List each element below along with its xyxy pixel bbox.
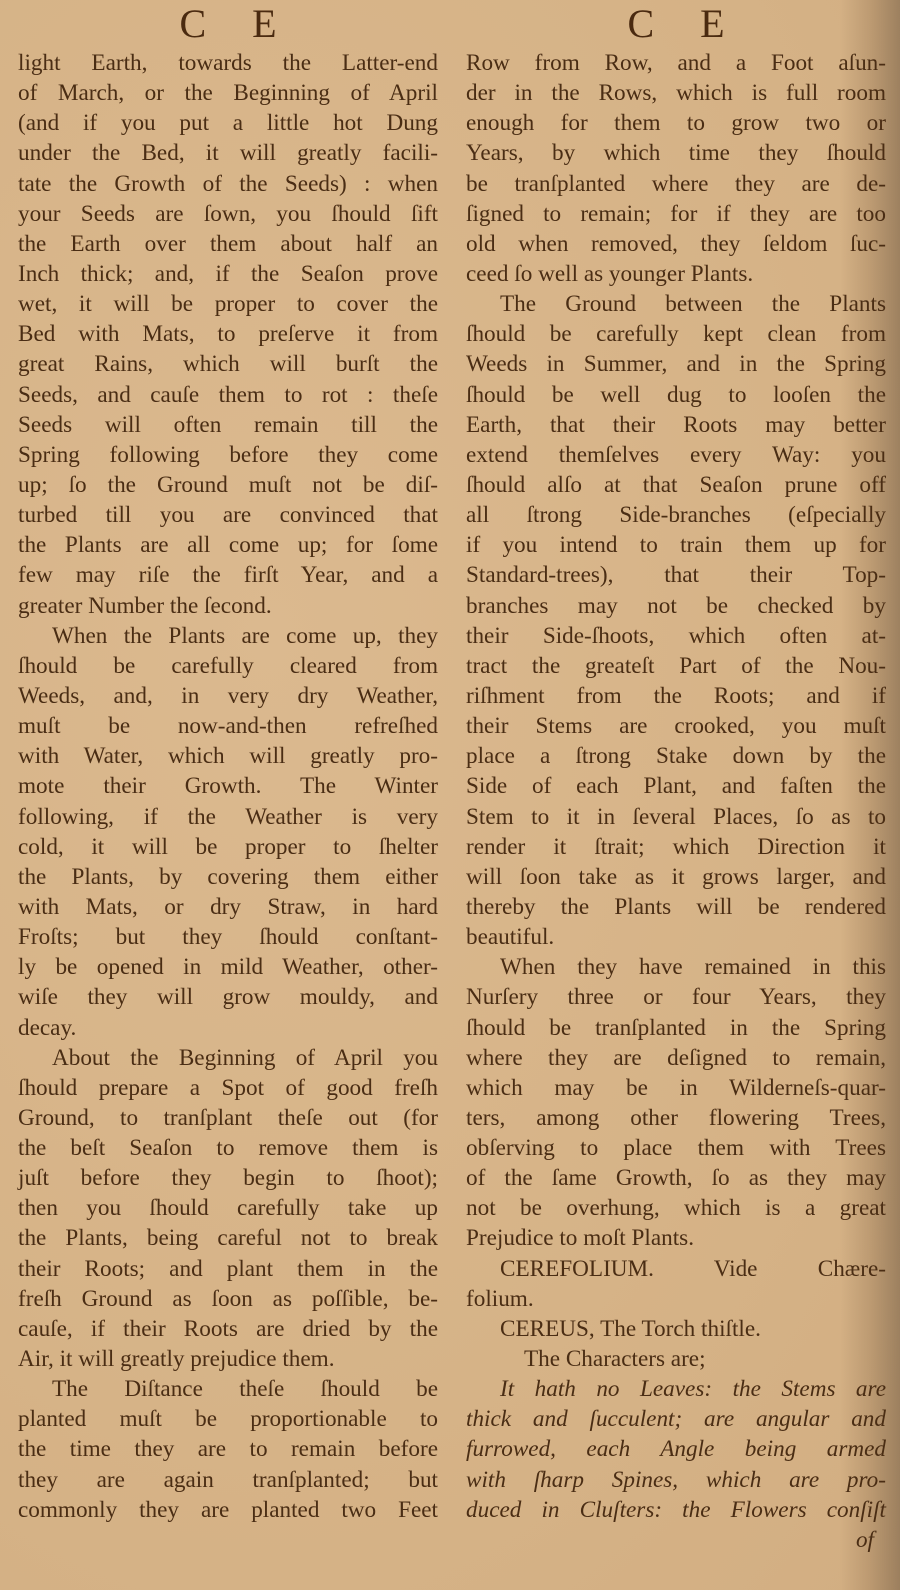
paragraph-start-line: When the Plants are come up, they bbox=[18, 621, 438, 651]
text-line: where they are deſigned to remain, bbox=[466, 1043, 886, 1073]
text-line: Weeds in Summer, and in the Spring bbox=[466, 349, 886, 379]
text-line: the Earth over them about half an bbox=[18, 229, 438, 259]
text-line: the Plants are all come up; for ſome bbox=[18, 530, 438, 560]
text-line: Froſts; but they ſhould conſtant- bbox=[18, 922, 438, 952]
text-line: branches may not be checked by bbox=[466, 591, 886, 621]
text-line: place a ſtrong Stake down by the bbox=[466, 741, 886, 771]
text-line: their Side-ſhoots, which often at- bbox=[466, 621, 886, 651]
text-line: obſerving to place them with Trees bbox=[466, 1133, 886, 1163]
text-line: of March, or the Beginning of April bbox=[18, 78, 438, 108]
text-line: be tranſplanted where they are de- bbox=[466, 169, 886, 199]
text-line: decay. bbox=[18, 1013, 438, 1043]
text-line: wiſe they will grow mouldy, and bbox=[18, 982, 438, 1012]
text-line: ſhould be carefully cleared from bbox=[18, 651, 438, 681]
text-line: enough for them to grow two or bbox=[466, 108, 886, 138]
text-line: up; ſo the Ground muſt not be diſ- bbox=[18, 470, 438, 500]
text-line: the time they are to remain before bbox=[18, 1434, 438, 1464]
text-line: freſh Ground as ſoon as poſſible, be- bbox=[18, 1284, 438, 1314]
entry-cereus: CEREUS, The Torch thiſtle. bbox=[466, 1314, 886, 1344]
text-line: the Plants, being careful not to break bbox=[18, 1223, 438, 1253]
text-line: Seeds will often remain till the bbox=[18, 410, 438, 440]
text-line: Air, it will greatly prejudice them. bbox=[18, 1344, 438, 1374]
text-line: ſigned to remain; for if they are too bbox=[466, 199, 886, 229]
text-line: Earth, that their Roots may better bbox=[466, 410, 886, 440]
text-line: der in the Rows, which is full room bbox=[466, 78, 886, 108]
text-line: Nurſery three or four Years, they bbox=[466, 982, 886, 1012]
text-line: Row from Row, and a Foot aſun- bbox=[466, 48, 886, 78]
book-page: C E light Earth, towards the Latter-end … bbox=[0, 0, 900, 1590]
text-line: Bed with Mats, to preſerve it from bbox=[18, 319, 438, 349]
text-line: planted muſt be proportionable to bbox=[18, 1404, 438, 1434]
text-line: the beſt Seaſon to remove them is bbox=[18, 1133, 438, 1163]
catchword: of bbox=[466, 1525, 886, 1555]
text-line: cauſe, if their Roots are dried by the bbox=[18, 1314, 438, 1344]
text-line: (and if you put a little hot Dung bbox=[18, 108, 438, 138]
text-line: Weeds, and, in very dry Weather, bbox=[18, 681, 438, 711]
text-line: beautiful. bbox=[466, 922, 886, 952]
italic-line: furrowed, each Angle being armed bbox=[466, 1434, 886, 1464]
text-line: Inch thick; and, if the Seaſon prove bbox=[18, 259, 438, 289]
text-line: with Water, which will greatly pro- bbox=[18, 741, 438, 771]
text-line: turbed till you are convinced that bbox=[18, 500, 438, 530]
text-line: if you intend to train them up for bbox=[466, 530, 886, 560]
text-line: juſt before they begin to ſhoot); bbox=[18, 1163, 438, 1193]
left-column: C E light Earth, towards the Latter-end … bbox=[18, 0, 438, 1525]
right-column: C E Row from Row, and a Foot aſun- der i… bbox=[466, 0, 886, 1555]
text-line: of the ſame Growth, ſo as they may bbox=[466, 1163, 886, 1193]
text-line: ters, among other flowering Trees, bbox=[466, 1103, 886, 1133]
text-line: Prejudice to moſt Plants. bbox=[466, 1223, 886, 1253]
italic-line: thick and ſucculent; are angular and bbox=[466, 1404, 886, 1434]
italic-line: It hath no Leaves: the Stems are bbox=[466, 1374, 886, 1404]
text-line: your Seeds are ſown, you ſhould ſift bbox=[18, 199, 438, 229]
text-line: Ground, to tranſplant theſe out (for bbox=[18, 1103, 438, 1133]
text-line: ſhould be well dug to looſen the bbox=[466, 380, 886, 410]
text-line: they are again tranſplanted; but bbox=[18, 1465, 438, 1495]
entry-cerefolium: CEREFOLIUM. Vide Chære- bbox=[466, 1254, 886, 1284]
text-line: not be overhung, which is a great bbox=[466, 1193, 886, 1223]
text-line: their Roots; and plant them in the bbox=[18, 1254, 438, 1284]
running-head-right: C E bbox=[466, 4, 886, 40]
text-line: Years, by which time they ſhould bbox=[466, 138, 886, 168]
text-line: greater Number the ſecond. bbox=[18, 591, 438, 621]
text-line: Standard-trees), that their Top- bbox=[466, 560, 886, 590]
running-head-left: C E bbox=[18, 4, 438, 40]
text-line: Side of each Plant, and faſten the bbox=[466, 771, 886, 801]
text-line: light Earth, towards the Latter-end bbox=[18, 48, 438, 78]
text-line: following, if the Weather is very bbox=[18, 802, 438, 832]
text-line: their Stems are crooked, you muſt bbox=[466, 711, 886, 741]
text-line: folium. bbox=[466, 1284, 886, 1314]
text-line: old when removed, they ſeldom ſuc- bbox=[466, 229, 886, 259]
text-line: all ſtrong Side-branches (eſpecially bbox=[466, 500, 886, 530]
text-line: render it ſtrait; which Direction it bbox=[466, 832, 886, 862]
text-line: wet, it will be proper to cover the bbox=[18, 289, 438, 319]
text-line: Seeds, and cauſe them to rot : theſe bbox=[18, 380, 438, 410]
paragraph-start-line: About the Beginning of April you bbox=[18, 1043, 438, 1073]
text-line: under the Bed, it will greatly facili- bbox=[18, 138, 438, 168]
paragraph-start-line: The Ground between the Plants bbox=[466, 289, 886, 319]
text-line: commonly they are planted two Feet bbox=[18, 1495, 438, 1525]
text-line: ly be opened in mild Weather, other- bbox=[18, 952, 438, 982]
text-line: then you ſhould carefully take up bbox=[18, 1193, 438, 1223]
text-line: great Rains, which will burſt the bbox=[18, 349, 438, 379]
text-line: mote their Growth. The Winter bbox=[18, 771, 438, 801]
paragraph-start-line: The Diſtance theſe ſhould be bbox=[18, 1374, 438, 1404]
paragraph-start-line: When they have remained in this bbox=[466, 952, 886, 982]
text-line: Spring following before they come bbox=[18, 440, 438, 470]
text-line: riſhment from the Roots; and if bbox=[466, 681, 886, 711]
text-line: extend themſelves every Way: you bbox=[466, 440, 886, 470]
text-line: ſhould be carefully kept clean from bbox=[466, 319, 886, 349]
text-line: thereby the Plants will be rendered bbox=[466, 892, 886, 922]
text-line: ſhould prepare a Spot of good freſh bbox=[18, 1073, 438, 1103]
text-line: ceed ſo well as younger Plants. bbox=[466, 259, 886, 289]
text-line: ſhould alſo at that Seaſon prune off bbox=[466, 470, 886, 500]
text-line: few may riſe the firſt Year, and a bbox=[18, 560, 438, 590]
italic-line: with ſharp Spines, which are pro- bbox=[466, 1465, 886, 1495]
text-line: tate the Growth of the Seeds) : when bbox=[18, 169, 438, 199]
text-line: cold, it will be proper to ſhelter bbox=[18, 832, 438, 862]
text-line: with Mats, or dry Straw, in hard bbox=[18, 892, 438, 922]
text-line: will ſoon take as it grows larger, and bbox=[466, 862, 886, 892]
text-line: muſt be now-and-then refreſhed bbox=[18, 711, 438, 741]
text-line: Stem to it in ſeveral Places, ſo as to bbox=[466, 802, 886, 832]
text-line: ſhould be tranſplanted in the Spring bbox=[466, 1013, 886, 1043]
characters-heading: The Characters are; bbox=[466, 1344, 886, 1374]
italic-line: duced in Cluſters: the Flowers conſiſt bbox=[466, 1495, 886, 1525]
text-line: the Plants, by covering them either bbox=[18, 862, 438, 892]
text-line: which may be in Wilderneſs-quar- bbox=[466, 1073, 886, 1103]
text-line: tract the greateſt Part of the Nou- bbox=[466, 651, 886, 681]
